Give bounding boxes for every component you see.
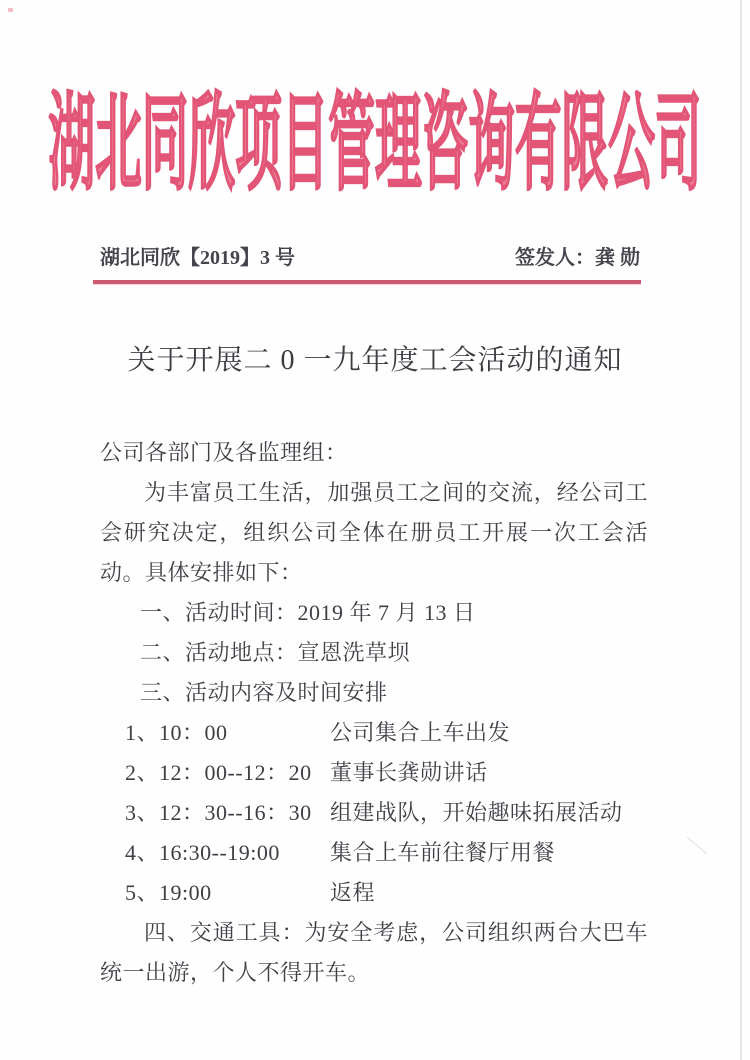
schedule-time: 5、19:00 [125, 873, 330, 913]
schedule-row: 2、12：00--12：20 董事长龚勋讲话 [100, 753, 648, 793]
company-name: 湖北同欣项目管理咨询有限公司 [49, 92, 702, 198]
schedule-desc: 集合上车前往餐厅用餐 [330, 833, 648, 873]
red-divider-rule [93, 280, 641, 284]
schedule-time: 1、10：00 [125, 713, 330, 753]
schedule-row: 5、19:00 返程 [100, 873, 648, 913]
scan-artifact-scratch [687, 837, 708, 854]
doc-meta-row: 湖北同欣【2019】3 号 签发人：龚 勋 [0, 241, 750, 270]
issuer-name: 签发人：龚 勋 [515, 241, 640, 270]
notice-title: 关于开展二 0 一九年度工会活动的通知 [0, 341, 750, 381]
letterhead: 湖北同欣项目管理咨询有限公司 [0, 85, 750, 205]
list-item-activity-place: 二、活动地点：宣恩洗草坝 [100, 633, 648, 673]
intro-paragraph: 为丰富员工生活，加强员工之间的交流，经公司工会研究决定，组织公司全体在册员工开展… [100, 473, 648, 593]
schedule-row: 4、16:30--19:00 集合上车前往餐厅用餐 [100, 833, 648, 873]
list-item-activity-content: 三、活动内容及时间安排 [100, 673, 648, 713]
schedule-row: 3、12：30--16：30 组建战队，开始趣味拓展活动 [100, 793, 648, 833]
salutation: 公司各部门及各监理组： [100, 433, 648, 473]
scanned-notice-page: 湖北同欣项目管理咨询有限公司 湖北同欣【2019】3 号 签发人：龚 勋 关于开… [0, 0, 750, 1060]
schedule-row: 1、10：00 公司集合上车出发 [100, 713, 648, 753]
scan-artifact-edge [740, 0, 742, 1060]
list-item-activity-time: 一、活动时间：2019 年 7 月 13 日 [100, 593, 648, 633]
scan-artifact-speck [8, 8, 13, 12]
schedule-time: 2、12：00--12：20 [125, 753, 330, 793]
schedule-time: 4、16:30--19:00 [125, 833, 330, 873]
schedule-desc: 公司集合上车出发 [330, 713, 648, 753]
schedule-desc: 组建战队，开始趣味拓展活动 [330, 793, 648, 833]
transport-paragraph: 四、交通工具：为安全考虑，公司组织两台大巴车统一出游，个人不得开车。 [100, 913, 648, 993]
schedule-desc: 董事长龚勋讲话 [330, 753, 648, 793]
notice-body: 公司各部门及各监理组： 为丰富员工生活，加强员工之间的交流，经公司工会研究决定，… [100, 433, 648, 993]
schedule-desc: 返程 [330, 873, 648, 913]
doc-number: 湖北同欣【2019】3 号 [100, 241, 295, 270]
schedule-time: 3、12：30--16：30 [125, 793, 330, 833]
